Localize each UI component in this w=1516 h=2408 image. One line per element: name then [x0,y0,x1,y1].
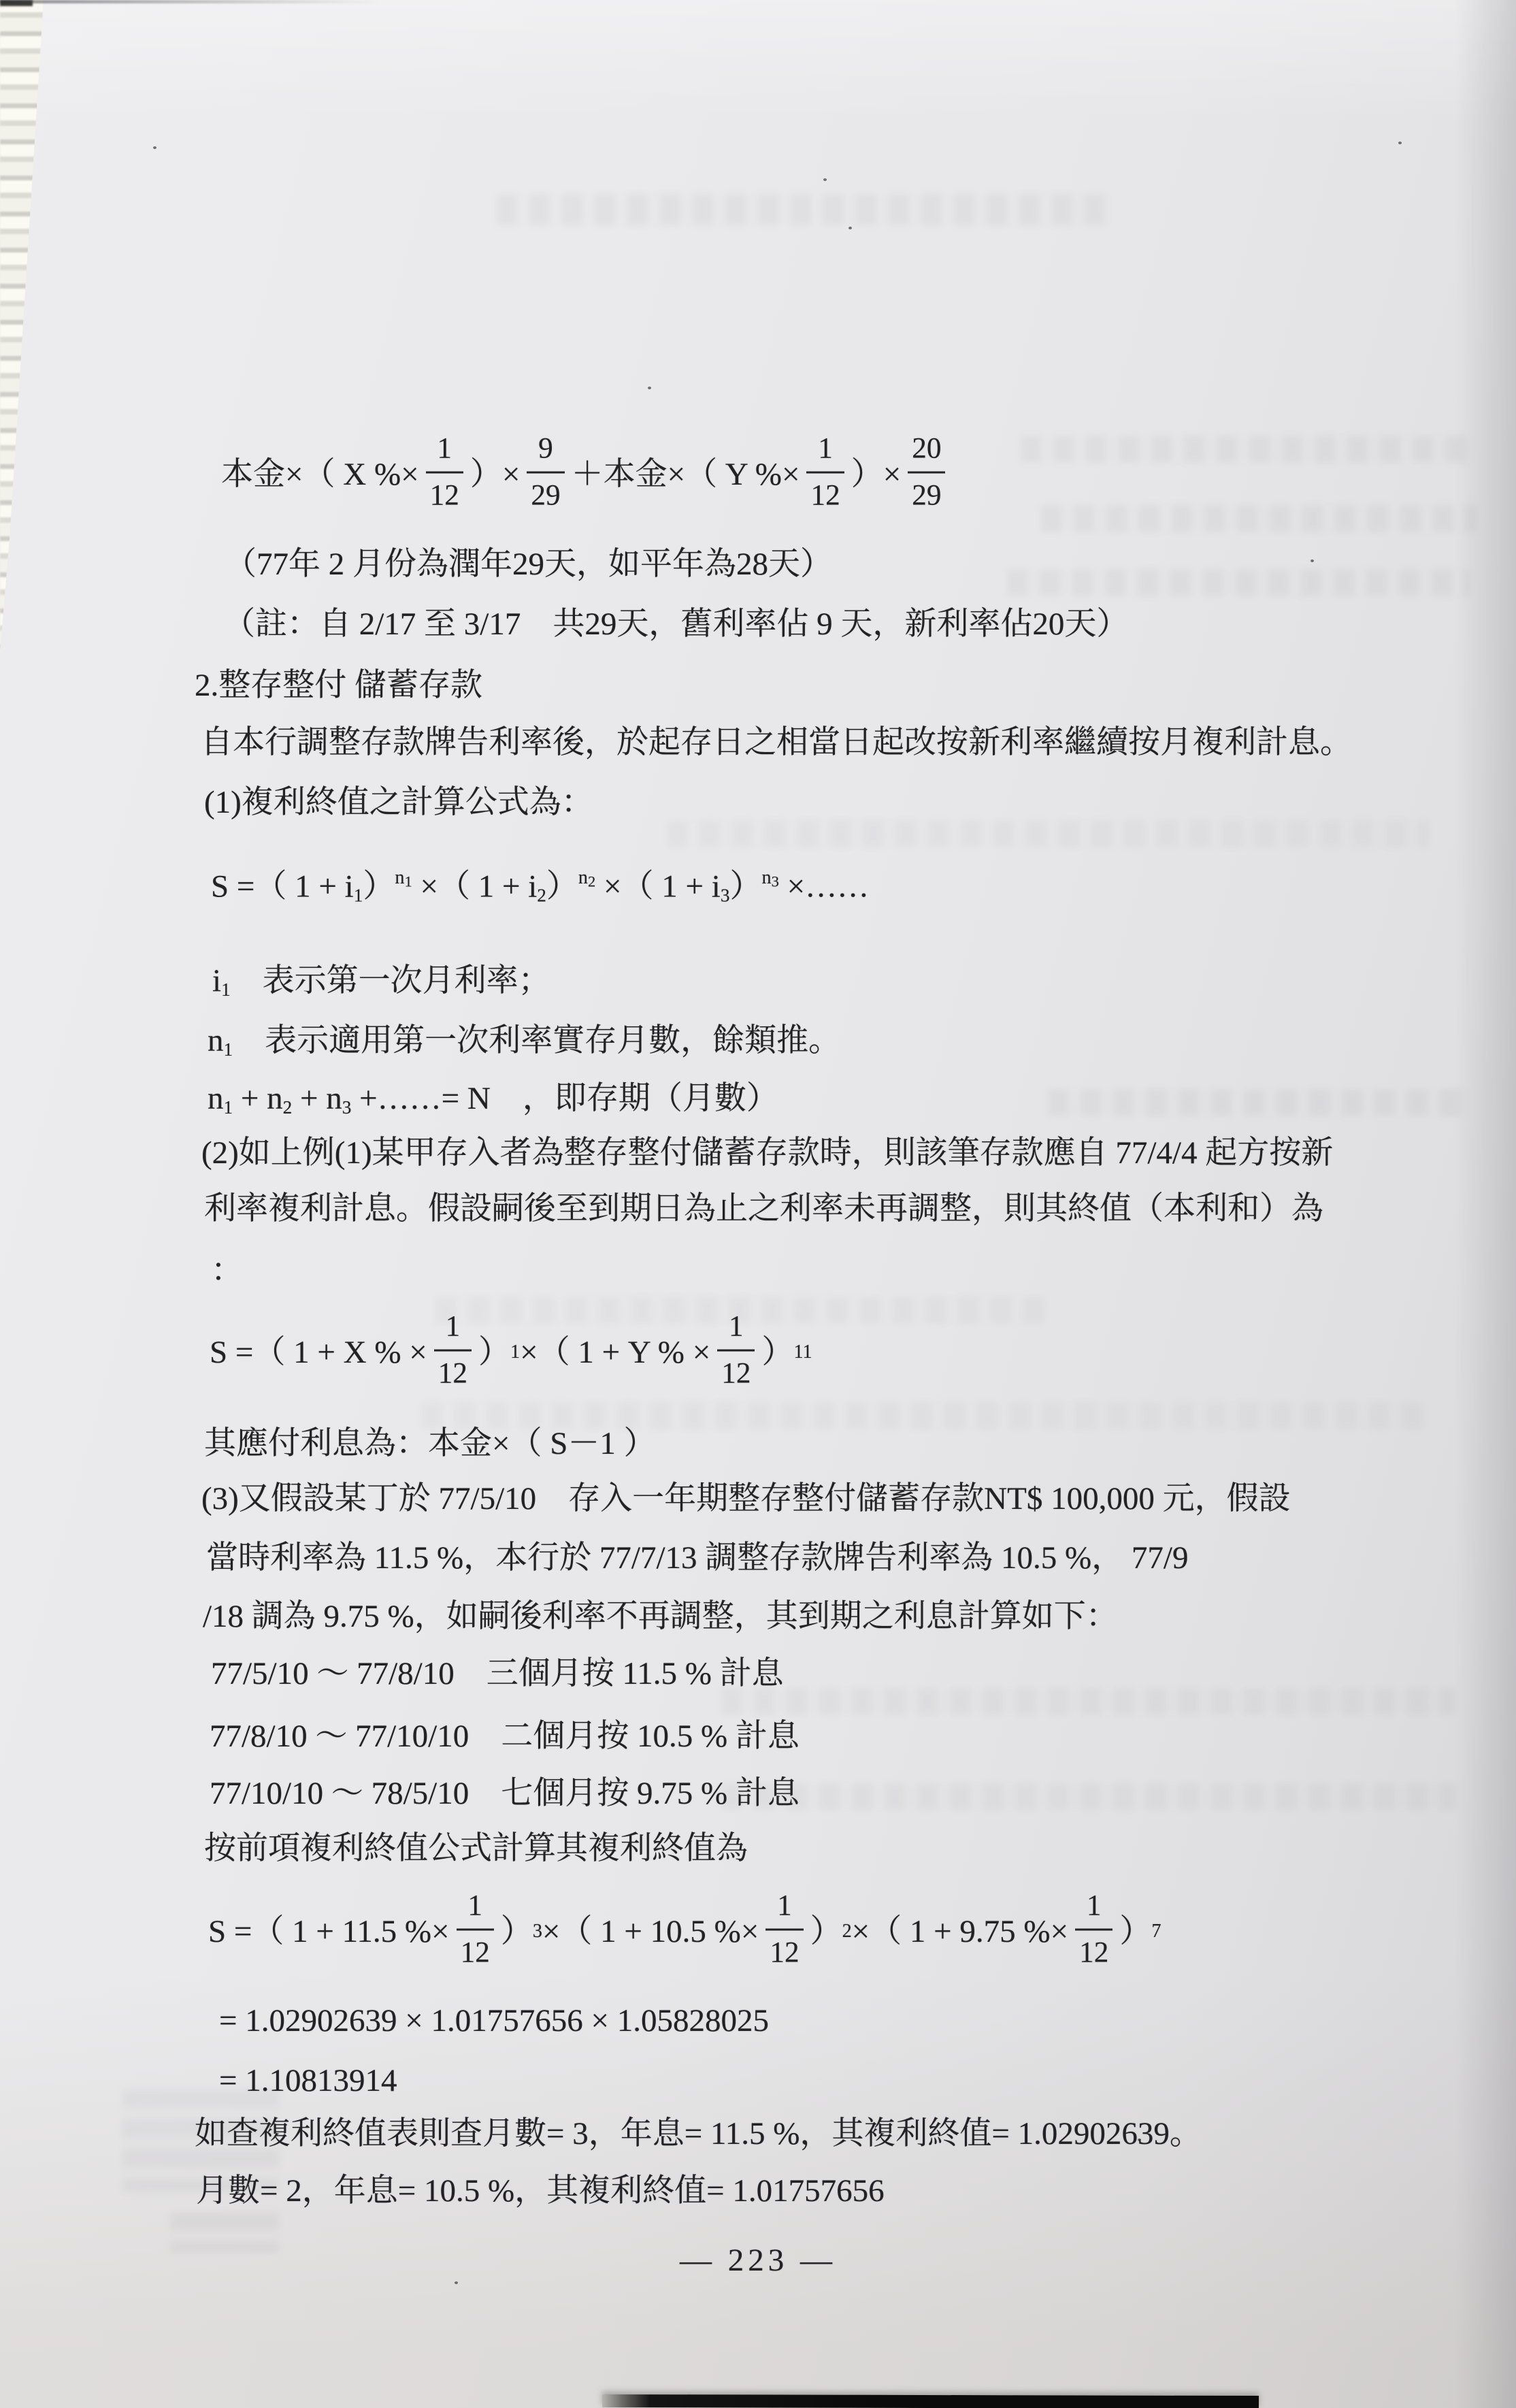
dust-speck [455,2281,458,2284]
table-lookup-line-1: 如查複利終值表則查月數= 3，年息= 11.5 %，其複利終值= 1.02902… [195,2114,1202,2154]
dust-speck [153,146,156,149]
bleed-through-smudge [1041,505,1477,532]
interest-payable-formula: 其應付利息為：本金×（ S－1 ） [204,1424,656,1464]
page-curve-shading [1455,0,1516,2408]
dust-speck [1398,142,1402,144]
note-leap-year: （77年 2 月份為潤年29天，如平年為28天） [225,544,832,585]
definition-i1: i1 表示第一次月利率； [212,961,550,1001]
interest-period-2: 77/8/10 ～ 77/10/10 二個月按 10.5 % 計息 [210,1716,800,1757]
scan-top-edge-line [0,0,381,3]
item-3-text-line-3: /18 調為 9.75 %，如嗣後利率不再調整，其到期之利息計算如下： [203,1597,1118,1637]
definition-n1: n1 表示適用第一次利率實存月數，餘類推。 [208,1021,840,1061]
bleed-through-smudge [1048,1089,1470,1116]
formula-intro-line: 按前項複利終值公式計算其複利終值為 [204,1829,748,1869]
dust-speck [648,387,651,389]
dust-speck [1311,559,1314,562]
scanner-edge-band [0,0,44,1035]
final-result-line: = 1.10813914 [219,2061,397,2101]
formula-compound-example3: S =（ 1 + 11.5 %×112）3 ×（ 1 + 10.5 %×112）… [208,1870,1161,1993]
dust-speck [823,178,827,181]
bleed-through-smudge [721,1783,1456,1810]
formula-compound-example2: S =（ 1 + X % ×112）1 ×（ 1 + Y % ×112）11 [210,1291,812,1414]
bleed-through-smudge [1007,569,1470,596]
item-2-colon: ： [211,1251,243,1291]
table-lookup-line-2: 月數= 2，年息= 10.5 %，其複利終值= 1.01757656 [196,2171,885,2211]
section-2-intro: 自本行調整存款牌告利率後，於起存日之相當日起改按新利率繼續按月複利計息。 [201,723,1352,763]
product-result-line: = 1.02902639 × 1.01757656 × 1.05828025 [219,2001,769,2041]
section-2-heading: 2.整存整付 儲蓄存款 [195,666,482,706]
item-2-text-line-2: 利率複利計息。假設嗣後至到期日為止之利率未再調整，則其終值（本利和）為 [204,1189,1323,1229]
dust-speck [848,227,852,229]
bleed-through-smudge [667,820,1429,847]
formula-principal-split-rate: 本金×（ X %×112）×929＋本金×（ Y %×112）×2029 [221,413,952,536]
bleed-through-smudge [497,194,1109,225]
bleed-through-smudge [721,1688,1456,1715]
definition-n-sum: n1 + n2 + n3 +……= N ，即存期（月數） [208,1079,778,1119]
page-number: — 223 — [0,2241,1516,2281]
interest-period-3: 77/10/10 ～ 78/5/10 七個月按 9.75 % 計息 [210,1774,800,1814]
item-3-text-line-1: (3)又假設某丁於 77/5/10 存入一年期整存整付儲蓄存款NT$ 100,0… [201,1479,1291,1519]
item-2-text-line-1: (2)如上例(1)某甲存入者為整存整付儲蓄存款時，則該筆存款應自 77/4/4 … [201,1133,1333,1173]
note-rate-days: （註：自 2/17 至 3/17 共29天，舊利率佔 9 天，新利率佔20天） [223,604,1128,645]
item-1-label: (1)複利終值之計算公式為： [204,783,593,823]
item-3-text-line-2: 當時利率為 11.5 %，本行於 77/7/13 調整存款牌告利率為 10.5 … [206,1538,1188,1578]
scan-artifact-bar [602,2394,1259,2408]
bleed-through-smudge [1021,436,1470,463]
interest-period-1: 77/5/10 ～ 77/8/10 三個月按 11.5 % 計息 [211,1654,784,1694]
formula-compound-general: S =（ 1 + i1）n1 ×（ 1 + i2）n2 ×（ 1 + i3）n3… [211,866,869,907]
scanned-document-page: 本金×（ X %×112）×929＋本金×（ Y %×112）×2029 （77… [0,0,1516,2408]
